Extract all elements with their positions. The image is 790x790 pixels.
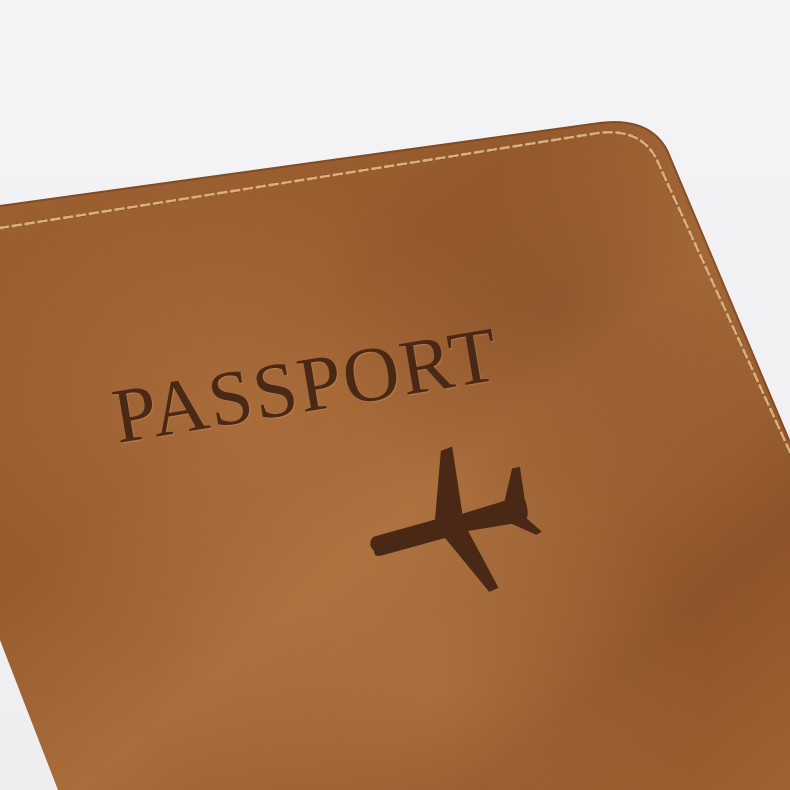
product-photo: PASSPORT PASSPORT [0, 0, 790, 790]
